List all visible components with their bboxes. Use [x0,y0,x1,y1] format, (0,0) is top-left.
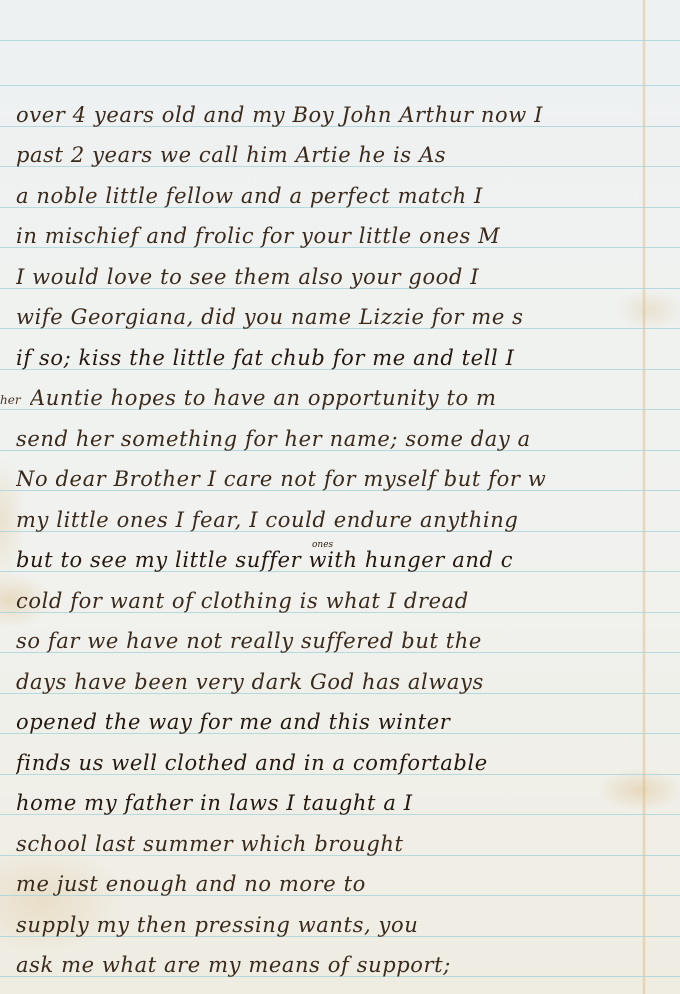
handwriting-line: No dear Brother I care not for myself bu… [16,462,680,496]
handwriting-line: so far we have not really suffered but t… [16,624,680,658]
handwriting-line: I would love to see them also your good … [16,260,680,294]
handwriting-line: a noble little fellow and a perfect matc… [16,179,680,213]
handwriting-line: but to see my little suffer with hunger … [16,543,680,577]
handwriting-line: past 2 years we call him Artie he is As [16,138,680,172]
handwriting-line: wife Georgiana, did you name Lizzie for … [16,300,680,334]
handwriting-line: supply my then pressing wants, you [16,908,680,942]
handwriting-line: in mischief and frolic for your little o… [16,219,680,253]
handwriting-line: my little ones I fear, I could endure an… [16,503,680,537]
handwriting-line: opened the way for me and this winter [16,705,680,739]
handwriting-line: send her something for her name; some da… [16,422,680,456]
handwriting-line: ask me what are my means of support; [16,948,680,982]
ruled-line [0,85,680,86]
letter-page: over 4 years old and my Boy John Arthur … [0,0,680,994]
handwriting-line: if so; kiss the little fat chub for me a… [16,341,680,375]
ruled-line [0,40,680,41]
margin-note: her [0,393,21,407]
handwriting-line: days have been very dark God has always [16,665,680,699]
handwriting-line: Auntie hopes to have an opportunity to m [30,381,680,415]
handwriting-line: school last summer which brought [16,827,680,861]
handwriting-line: home my father in laws I taught a I [16,786,680,820]
handwriting-line: cold for want of clothing is what I drea… [16,584,680,618]
handwriting-line: finds us well clothed and in a comfortab… [16,746,680,780]
interlinear-insertion: ones [312,540,333,550]
handwriting-line: me just enough and no more to [16,867,680,901]
handwriting-line: over 4 years old and my Boy John Arthur … [16,98,680,132]
